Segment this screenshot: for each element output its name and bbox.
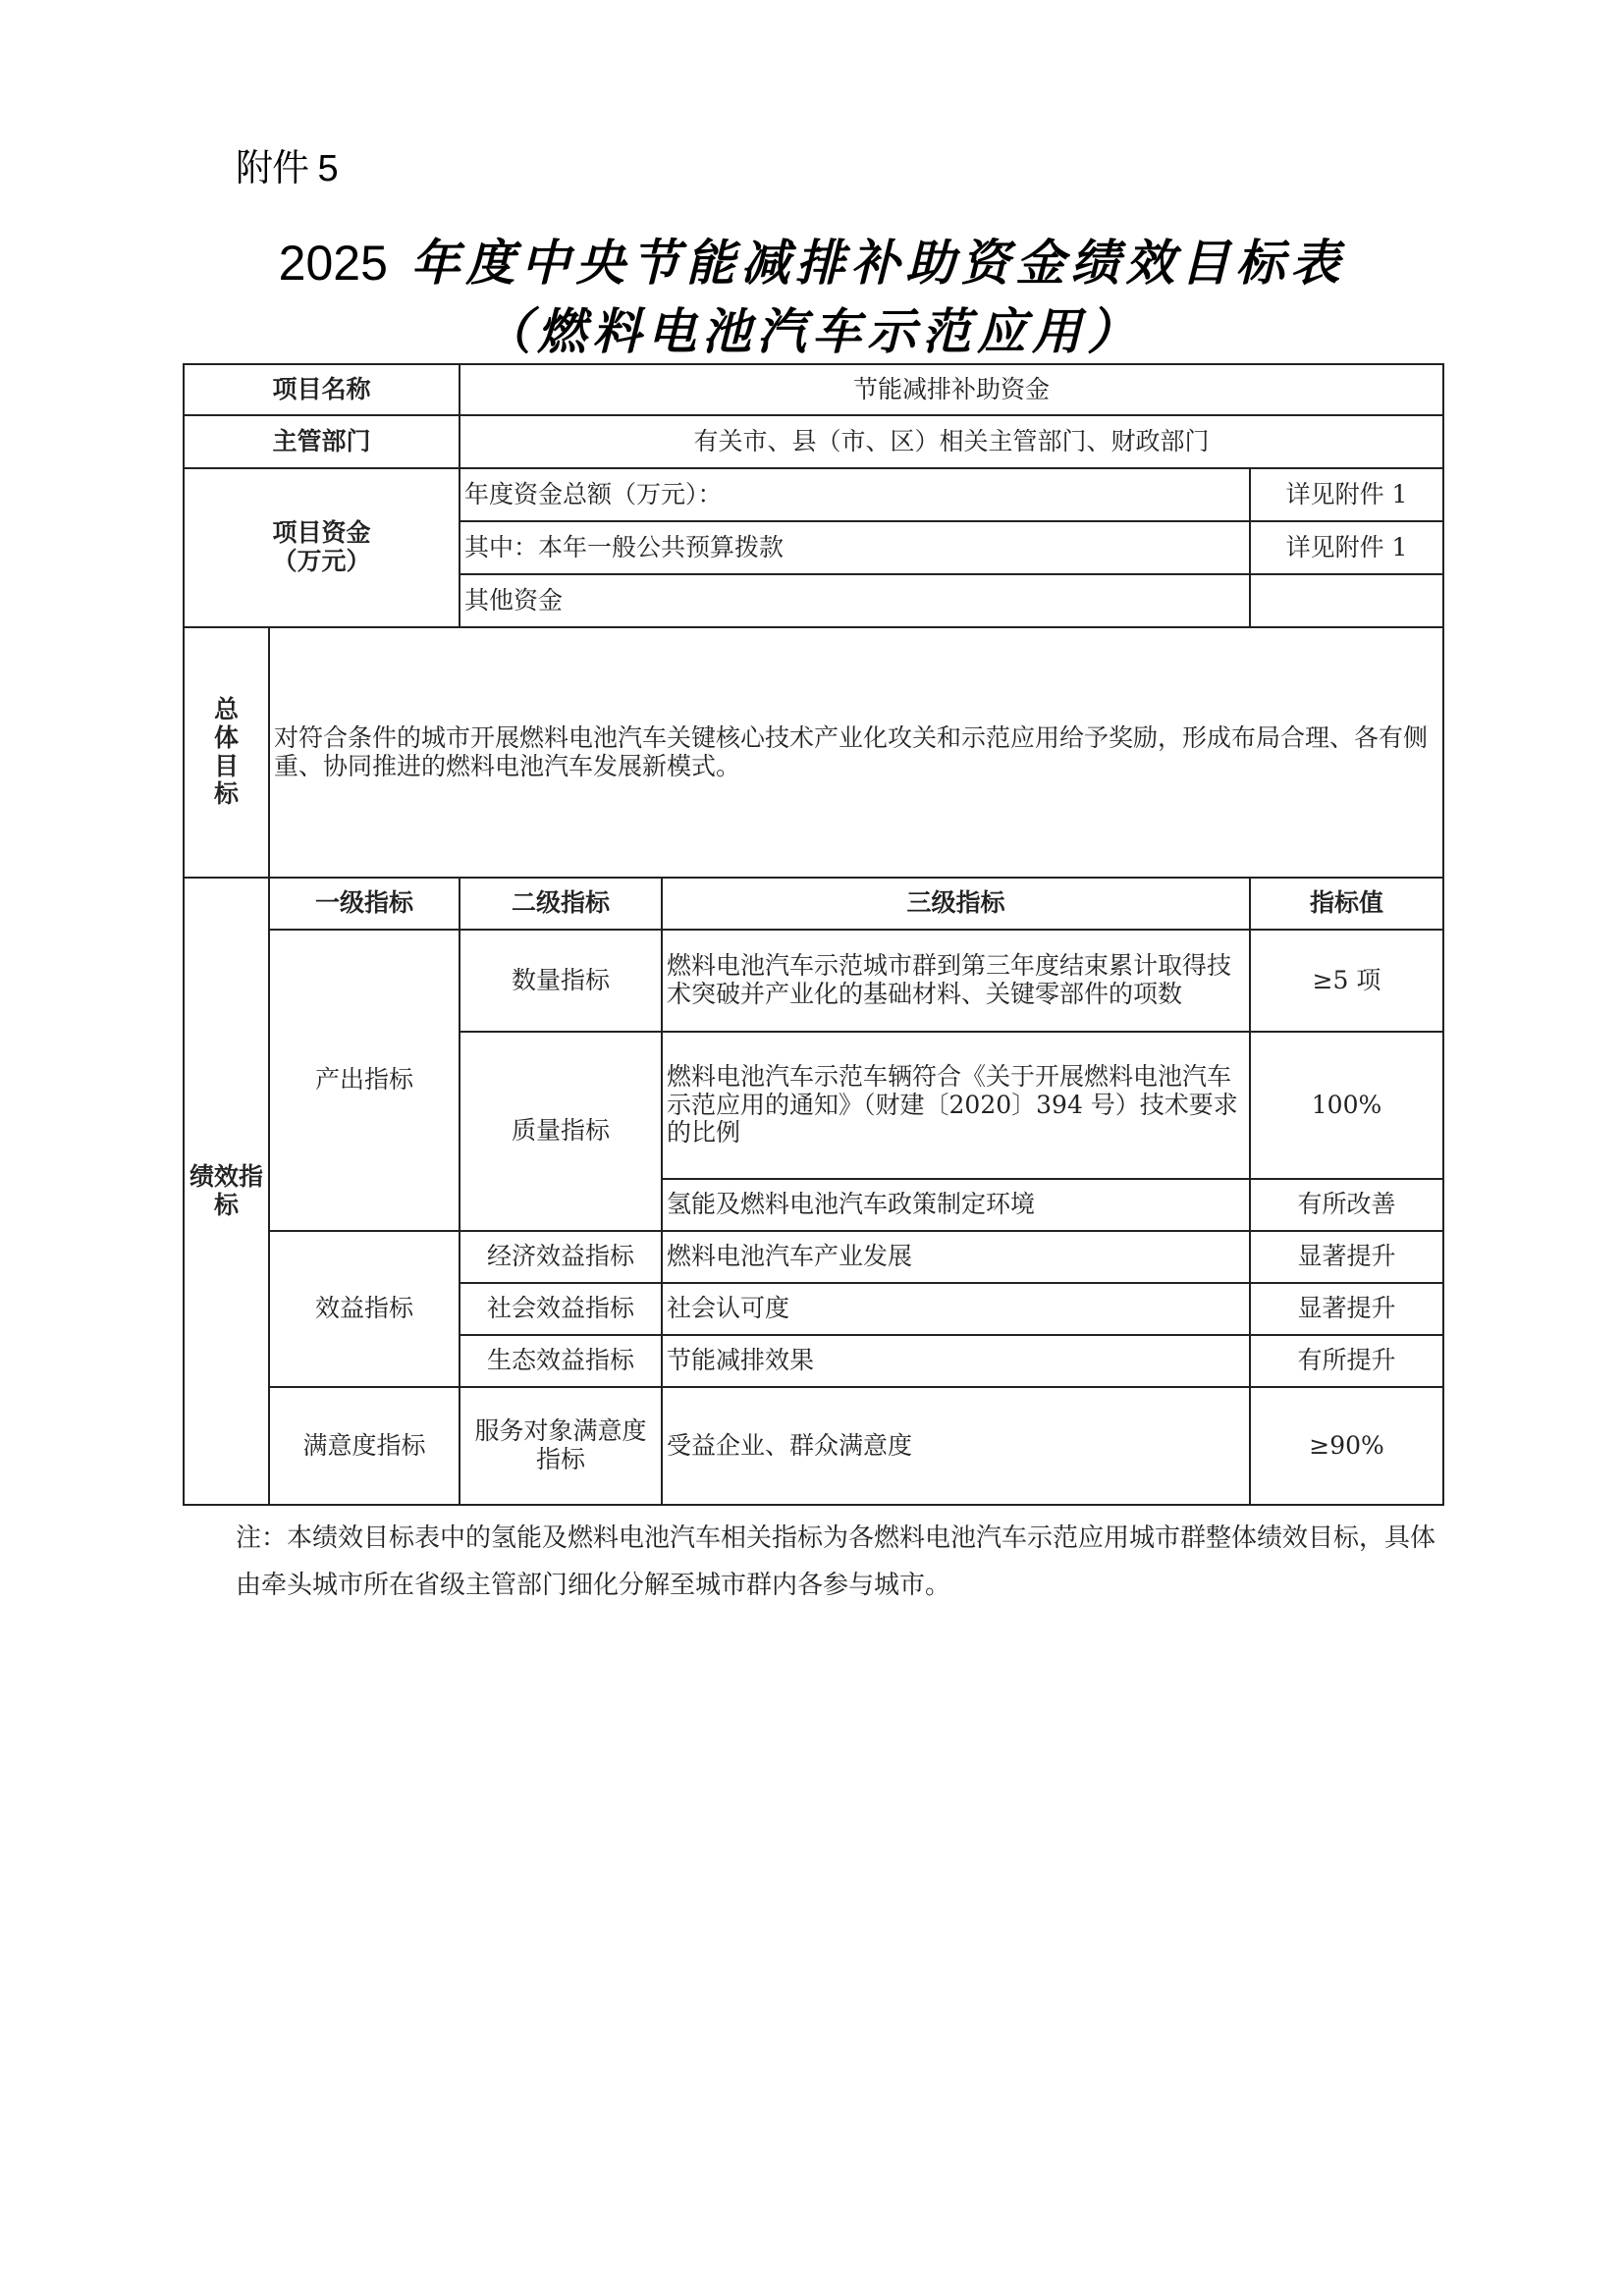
funds-row-value: 详见附件 1 bbox=[1250, 468, 1443, 521]
title-line1: 年度中央节能减排补助资金绩效目标表 bbox=[388, 234, 1345, 292]
level2-social: 社会效益指标 bbox=[460, 1283, 662, 1335]
target-value: ≥5 项 bbox=[1250, 930, 1443, 1032]
performance-target-table: 项目名称 节能减排补助资金 主管部门 有关市、县（市、区）相关主管部门、财政部门… bbox=[183, 363, 1444, 1506]
level3-item: 社会认可度 bbox=[662, 1283, 1250, 1335]
page-subtitle: （燃料电池汽车示范应用） bbox=[0, 293, 1624, 363]
header-level3: 三级指标 bbox=[662, 878, 1250, 930]
funds-row-value bbox=[1250, 574, 1443, 627]
target-value: 有所提升 bbox=[1250, 1335, 1443, 1387]
header-level2: 二级指标 bbox=[460, 878, 662, 930]
target-value: 100% bbox=[1250, 1032, 1443, 1179]
level2-quantity: 数量指标 bbox=[460, 930, 662, 1032]
overall-goal-label-text: 总体目标 bbox=[214, 695, 239, 808]
performance-label-text: 绩效指标 bbox=[189, 1162, 263, 1219]
level3-item: 节能减排效果 bbox=[662, 1335, 1250, 1387]
funds-label-line2: （万元） bbox=[189, 548, 455, 576]
funds-row-label: 其中：本年一般公共预算拨款 bbox=[460, 521, 1250, 574]
header-level1: 一级指标 bbox=[269, 878, 460, 930]
attachment-label: 附件 5 bbox=[236, 137, 338, 191]
page-title: 2025 年度中央节能减排补助资金绩效目标表 bbox=[0, 224, 1624, 294]
level3-item: 燃料电池汽车示范城市群到第三年度结束累计取得技术突破并产业化的基础材料、关键零部… bbox=[662, 930, 1250, 1032]
target-value: ≥90% bbox=[1250, 1387, 1443, 1505]
header-value: 指标值 bbox=[1250, 878, 1443, 930]
level2-quality: 质量指标 bbox=[460, 1032, 662, 1231]
title-year: 2025 bbox=[279, 236, 388, 291]
overall-goal-label: 总体目标 bbox=[184, 627, 269, 878]
funds-row-label: 年度资金总额（万元）： bbox=[460, 468, 1250, 521]
level1-output: 产出指标 bbox=[269, 930, 460, 1231]
target-value: 有所改善 bbox=[1250, 1179, 1443, 1231]
level2-economic: 经济效益指标 bbox=[460, 1231, 662, 1283]
level3-item: 受益企业、群众满意度 bbox=[662, 1387, 1250, 1505]
overall-goal-text: 对符合条件的城市开展燃料电池汽车关键核心技术产业化攻关和示范应用给予奖励，形成布… bbox=[269, 627, 1443, 878]
funds-label: 项目资金 （万元） bbox=[184, 468, 460, 627]
project-name-value: 节能减排补助资金 bbox=[460, 364, 1443, 415]
target-value: 显著提升 bbox=[1250, 1231, 1443, 1283]
level3-item: 燃料电池汽车产业发展 bbox=[662, 1231, 1250, 1283]
level3-item: 燃料电池汽车示范车辆符合《关于开展燃料电池汽车示范应用的通知》（财建〔2020〕… bbox=[662, 1032, 1250, 1179]
level1-benefit: 效益指标 bbox=[269, 1231, 460, 1387]
department-label: 主管部门 bbox=[184, 415, 460, 468]
level2-service-satisfaction: 服务对象满意度指标 bbox=[460, 1387, 662, 1505]
level3-item: 氢能及燃料电池汽车政策制定环境 bbox=[662, 1179, 1250, 1231]
footnote: 注：本绩效目标表中的氢能及燃料电池汽车相关指标为各燃料电池汽车示范应用城市群整体… bbox=[236, 1515, 1443, 1609]
project-name-label: 项目名称 bbox=[184, 364, 460, 415]
target-value: 显著提升 bbox=[1250, 1283, 1443, 1335]
funds-row-label: 其他资金 bbox=[460, 574, 1250, 627]
funds-row-value: 详见附件 1 bbox=[1250, 521, 1443, 574]
funds-label-line1: 项目资金 bbox=[189, 519, 455, 548]
level1-satisfaction: 满意度指标 bbox=[269, 1387, 460, 1505]
department-value: 有关市、县（市、区）相关主管部门、财政部门 bbox=[460, 415, 1443, 468]
performance-label: 绩效指标 bbox=[184, 878, 269, 1505]
level2-ecological: 生态效益指标 bbox=[460, 1335, 662, 1387]
